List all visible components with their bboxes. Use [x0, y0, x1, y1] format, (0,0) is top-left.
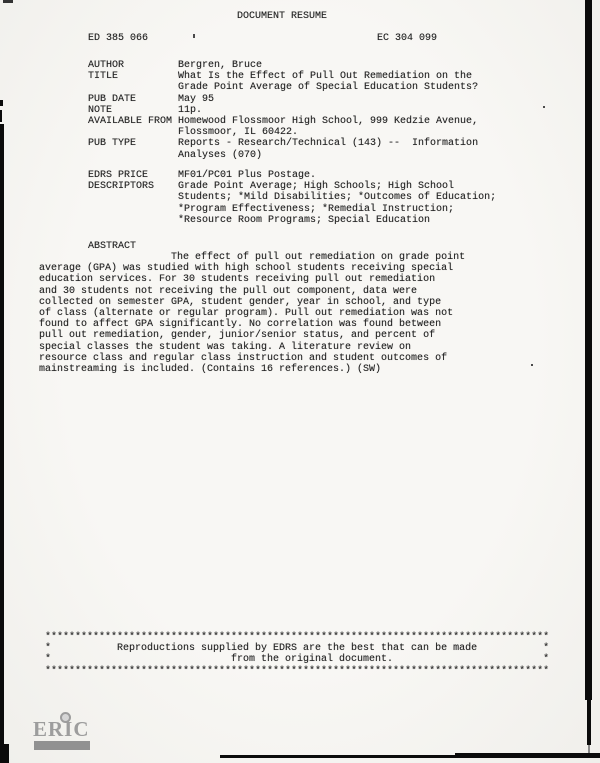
ink-speck — [543, 106, 545, 108]
eric-logo: ERIC — [33, 712, 113, 756]
ink-speck — [531, 364, 533, 366]
eric-logo-text: ERIC — [33, 719, 90, 740]
eric-logo-banner — [34, 741, 90, 750]
ink-speck — [193, 34, 195, 38]
scan-edge-bottom — [220, 755, 460, 758]
scan-edge-left — [0, 124, 4, 763]
abstract-text: The effect of pull out remediation on gr… — [39, 252, 465, 375]
scan-edge-left-dash — [0, 110, 2, 122]
abstract-label: ABSTRACT — [88, 241, 136, 252]
ed-number: ED 385 066 — [88, 33, 148, 44]
scan-top-dash — [3, 0, 13, 3]
scanned-page: DOCUMENT RESUME ED 385 066 EC 304 099 AU… — [0, 0, 600, 763]
scan-edge-right-taper — [587, 700, 591, 745]
scan-edge-right — [585, 0, 592, 700]
edrs-descriptors: EDRS PRICE MF01/PC01 Plus Postage. DESCR… — [88, 170, 496, 226]
scan-edge-left-dash — [0, 100, 3, 106]
ec-number: EC 304 099 — [377, 33, 437, 44]
reproduction-notice: ****************************************… — [45, 632, 549, 677]
scan-edge-bottom-thick — [455, 753, 600, 758]
scan-corner-blob — [0, 744, 9, 763]
catalog-fields: AUTHOR Bergren, Bruce TITLE What Is the … — [88, 60, 478, 161]
document-resume-title: DOCUMENT RESUME — [237, 11, 327, 22]
